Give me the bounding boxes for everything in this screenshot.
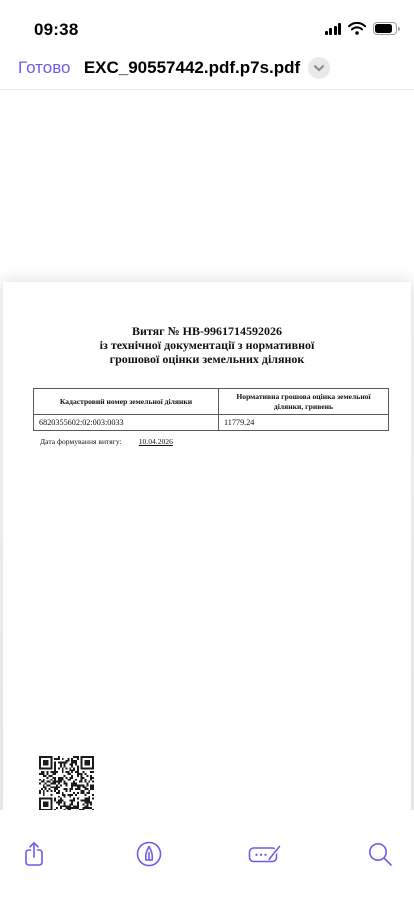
document-title: EXC_90557442.pdf.p7s.pdf — [84, 58, 300, 78]
search-icon — [367, 841, 393, 867]
bottom-toolbar — [0, 810, 414, 900]
markup-button[interactable] — [127, 832, 171, 876]
extract-title-line3: грошової оцінки земельних ділянок — [3, 352, 411, 366]
title-group: EXC_90557442.pdf.p7s.pdf — [84, 57, 330, 79]
nav-bar: Готово EXC_90557442.pdf.p7s.pdf — [0, 47, 414, 90]
cellular-signal-icon — [325, 23, 342, 35]
status-icons — [325, 22, 401, 35]
search-button[interactable] — [358, 832, 402, 876]
extract-title: Витяг № НВ-9961714592026 із технічної до… — [3, 324, 411, 366]
extract-date-label: Дата формування витягу: — [40, 437, 122, 446]
pdf-scroll-area[interactable]: Витяг № НВ-9961714592026 із технічної до… — [0, 90, 414, 810]
cadastral-number-value: 6820355602:02:003:0033 — [34, 415, 219, 431]
share-button[interactable] — [12, 832, 56, 876]
table-header-row: Кадастровий номер земельної ділянки Норм… — [34, 389, 389, 415]
signature-button[interactable] — [243, 832, 287, 876]
extract-date-line: Дата формування витягу:10.04.2026 — [40, 437, 173, 446]
share-icon — [22, 840, 46, 868]
wifi-icon — [348, 22, 366, 35]
table-row: 6820355602:02:003:0033 11779.24 — [34, 415, 389, 431]
extract-title-line2: із технічної документації з нормативної — [3, 338, 411, 352]
qr-code — [39, 756, 94, 811]
phone-screen: 09:38 Готово EXC_90557442.pdf.p7s.pdf — [0, 0, 414, 900]
valuation-value: 11779.24 — [219, 415, 389, 431]
valuation-table: Кадастровий номер земельної ділянки Норм… — [33, 388, 389, 431]
markup-pen-icon — [135, 840, 163, 868]
status-bar: 09:38 — [0, 0, 414, 47]
extract-title-line1: Витяг № НВ-9961714592026 — [3, 324, 411, 338]
signature-icon — [248, 841, 282, 867]
extract-date-value: 10.04.2026 — [139, 437, 173, 446]
done-button[interactable]: Готово — [18, 47, 71, 89]
status-time: 09:38 — [34, 20, 78, 40]
table-header-cadastral-number: Кадастровий номер земельної ділянки — [34, 389, 219, 415]
title-menu-button[interactable] — [308, 57, 330, 79]
chevron-down-icon — [313, 64, 325, 72]
table-header-valuation: Нормативна грошова оцінка земельної діля… — [219, 389, 389, 415]
pdf-page: Витяг № НВ-9961714592026 із технічної до… — [3, 282, 411, 860]
battery-icon — [373, 22, 400, 35]
